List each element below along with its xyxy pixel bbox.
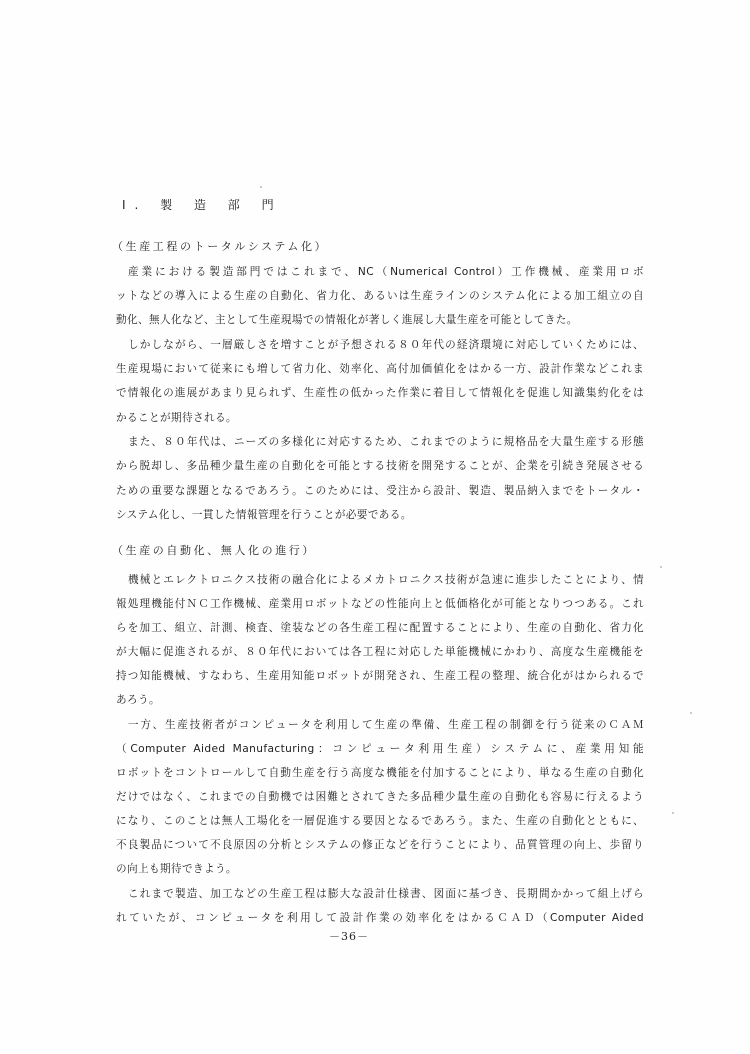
text-line: 機械とエレクトロニクス技術の融合化によるメカトロニクス技術が急速に進歩したことに…: [128, 573, 644, 587]
text-line: から脱却し、多品種少量生産の自動化を可能とする技術を開発することが、企業を引続き…: [116, 459, 644, 473]
subsection-heading: （生産工程のトータルシステム化）: [112, 238, 328, 254]
text-line: システム化し、一貫した情報管理を行うことが必要である。: [116, 508, 644, 522]
text-line: しかしながら、一層厳しさを増すことが予想される８０年代の経済環境に対応していくた…: [128, 338, 644, 352]
text-line: ロボットをコントロールして自動生産を行う高度な機能を付加することにより、単なる生…: [116, 766, 644, 780]
text-line: の向上も期待できよう。: [116, 862, 644, 876]
text-line: が大幅に促進されるが、８０年代においては各工程に対応した単能機械にかわり、高度な…: [116, 645, 644, 659]
text-line: で情報化の進展があまり見られず、生産性の低かった作業に着目して情報化を促進し知識…: [116, 386, 644, 400]
text-line: だけではなく、これまでの自動機では困難とされてきた多品種少量生産の自動化も容易に…: [116, 790, 644, 804]
scan-speck: [260, 186, 262, 188]
scan-speck: [690, 712, 692, 714]
text-line: かることが期待される。: [116, 411, 644, 425]
text-line: ための重要な課題となるであろう。このためには、受注から設計、製造、製品納入までを…: [116, 484, 644, 498]
text-line: これまで製造、加工などの生産工程は膨大な設計仕様書、図面に基づき、長期間かかって…: [128, 887, 644, 901]
text-line: 持つ知能機械、すなわち、生産用知能ロボットが開発され、生産工程の整理、統合化がは…: [116, 669, 644, 683]
text-line: 産業における製造部門ではこれまで、NC（Numerical Control）工作…: [128, 265, 644, 279]
text-line: れていたが、コンピュータを利用して設計作業の効率化をはかるＣＡＤ（Compute…: [116, 911, 644, 925]
text-line: 生産現場において従来にも増して省力化、効率化、高付加価値化をはかる一方、設計作業…: [116, 362, 644, 376]
text-line: 報処理機能付ＮＣ工作機械、産業用ロボットなどの性能向上と低価格化が可能となりつつ…: [116, 597, 644, 611]
scan-speck: [660, 566, 662, 568]
document-page: I. 製 造 部 門 （生産工程のトータルシステム化） 産業における製造部門では…: [0, 0, 750, 1054]
text-line: ットなどの導入による生産の自動化、省力化、あるいは生産ラインのシステム化による加…: [116, 289, 644, 303]
subsection-heading: （生産の自動化、無人化の進行）: [112, 542, 316, 558]
text-line: （Computer Aided Manufacturing：コンピュータ利用生産…: [116, 742, 644, 756]
text-line: 不良製品について不良原因の分析とシステムの修正などを行うことにより、品質管理の向…: [116, 838, 644, 852]
text-line: になり、このことは無人工場化を一層促進する要因となるであろう。また、生産の自動化…: [116, 814, 644, 828]
scan-speck: [672, 812, 674, 814]
text-line: また、８０年代は、ニーズの多様化に対応するため、これまでのように規格品を大量生産…: [128, 435, 644, 449]
text-line: あろう。: [116, 693, 644, 707]
page-number: －36－: [329, 928, 369, 944]
text-line: 一方、生産技術者がコンピュータを利用して生産の準備、生産工程の制御を行う従来のＣ…: [128, 718, 644, 732]
section-title: I. 製 造 部 門: [122, 196, 283, 213]
text-line: 動化、無人化など、主として生産現場での情報化が著しく進展し大量生産を可能としてき…: [116, 313, 644, 327]
scan-speck: [552, 372, 554, 374]
text-line: らを加工、組立、計測、検査、塗装などの各生産工程に配置することにより、生産の自動…: [116, 621, 644, 635]
